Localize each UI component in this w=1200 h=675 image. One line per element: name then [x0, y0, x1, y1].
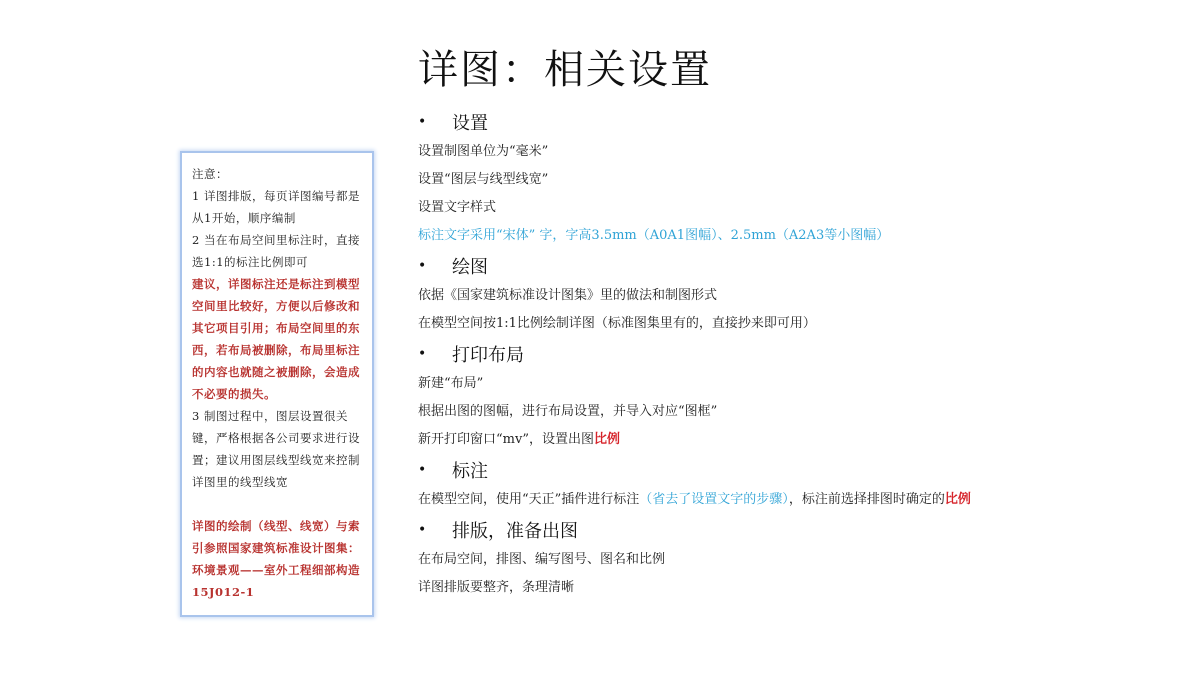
section-heading: • 排版，准备出图	[418, 514, 1118, 546]
text-segment: 新开打印窗口“mv”，设置出图	[418, 432, 594, 447]
emphasis-text: 比例	[594, 432, 620, 447]
bullet-icon: •	[418, 346, 452, 362]
bullet-icon: •	[418, 522, 452, 538]
emphasis-text: 比例	[945, 492, 971, 507]
note-item-3: 3 制图过程中，图层设置很关键，严格根据各公司要求进行设置；建议用图层线型线宽来…	[192, 405, 363, 493]
bullet-icon: •	[418, 114, 452, 130]
text-line: 在布局空间，排图、编写图号、图名和比例	[418, 546, 1118, 574]
text-line-highlight: 标注文字采用“宋体” 字，字高3.5mm（A0A1图幅）、2.5mm（A2A3等…	[418, 222, 1118, 250]
highlight-text: （省去了设置文字的步骤）	[639, 492, 789, 507]
note-box: 注意： 1 详图排版，每页详图编号都是从1开始，顺序编制 2 当在布局空间里标注…	[180, 151, 374, 617]
text-line: 设置“图层与线型线宽”	[418, 166, 1118, 194]
page-title: 详图：相关设置	[418, 44, 712, 96]
note-item-1: 1 详图排版，每页详图编号都是从1开始，顺序编制	[192, 185, 363, 229]
bullet-icon: •	[418, 462, 452, 478]
bullet-icon: •	[418, 258, 452, 274]
text-line: 依据《国家建筑标准设计图集》里的做法和制图形式	[418, 282, 1118, 310]
note-suggestion: 建议，详图标注还是标注到模型空间里比较好，方便以后修改和其它项目引用；布局空间里…	[192, 273, 363, 405]
section-layout-output: • 排版，准备出图 在布局空间，排图、编写图号、图名和比例 详图排版要整齐，条理…	[418, 514, 1118, 602]
spacer	[192, 493, 363, 515]
text-line: 新建“布局”	[418, 370, 1118, 398]
text-line: 新开打印窗口“mv”，设置出图比例	[418, 426, 1118, 454]
section-heading: • 打印布局	[418, 338, 1118, 370]
note-reference: 详图的绘制（线型、线宽）与索引参照国家建筑标准设计图集：环境景观——室外工程细部…	[192, 515, 363, 603]
section-title: 排版，准备出图	[452, 517, 578, 543]
section-title: 标注	[452, 457, 488, 483]
text-segment: ，标注前选择排图时确定的	[789, 492, 945, 507]
section-annotation: • 标注 在模型空间，使用“天正”插件进行标注（省去了设置文字的步骤），标注前选…	[418, 454, 1118, 514]
section-title: 设置	[452, 109, 488, 135]
text-line: 根据出图的图幅，进行布局设置，并导入对应“图框”	[418, 398, 1118, 426]
text-line: 设置文字样式	[418, 194, 1118, 222]
text-line: 在模型空间，使用“天正”插件进行标注（省去了设置文字的步骤），标注前选择排图时确…	[418, 486, 1118, 514]
main-content: • 设置 设置制图单位为“毫米” 设置“图层与线型线宽” 设置文字样式 标注文字…	[418, 106, 1118, 602]
section-title: 绘图	[452, 253, 488, 279]
text-line: 设置制图单位为“毫米”	[418, 138, 1118, 166]
text-line: 详图排版要整齐，条理清晰	[418, 574, 1118, 602]
section-heading: • 设置	[418, 106, 1118, 138]
section-heading: • 绘图	[418, 250, 1118, 282]
text-segment: 在模型空间，使用“天正”插件进行标注	[418, 492, 639, 507]
section-print-layout: • 打印布局 新建“布局” 根据出图的图幅，进行布局设置，并导入对应“图框” 新…	[418, 338, 1118, 454]
section-settings: • 设置 设置制图单位为“毫米” 设置“图层与线型线宽” 设置文字样式 标注文字…	[418, 106, 1118, 250]
note-item-2: 2 当在布局空间里标注时，直接选1:1的标注比例即可	[192, 229, 363, 273]
section-drawing: • 绘图 依据《国家建筑标准设计图集》里的做法和制图形式 在模型空间按1:1比例…	[418, 250, 1118, 338]
section-title: 打印布局	[452, 341, 524, 367]
note-heading: 注意：	[192, 163, 363, 185]
text-line: 在模型空间按1:1比例绘制详图（标准图集里有的，直接抄来即可用）	[418, 310, 1118, 338]
section-heading: • 标注	[418, 454, 1118, 486]
